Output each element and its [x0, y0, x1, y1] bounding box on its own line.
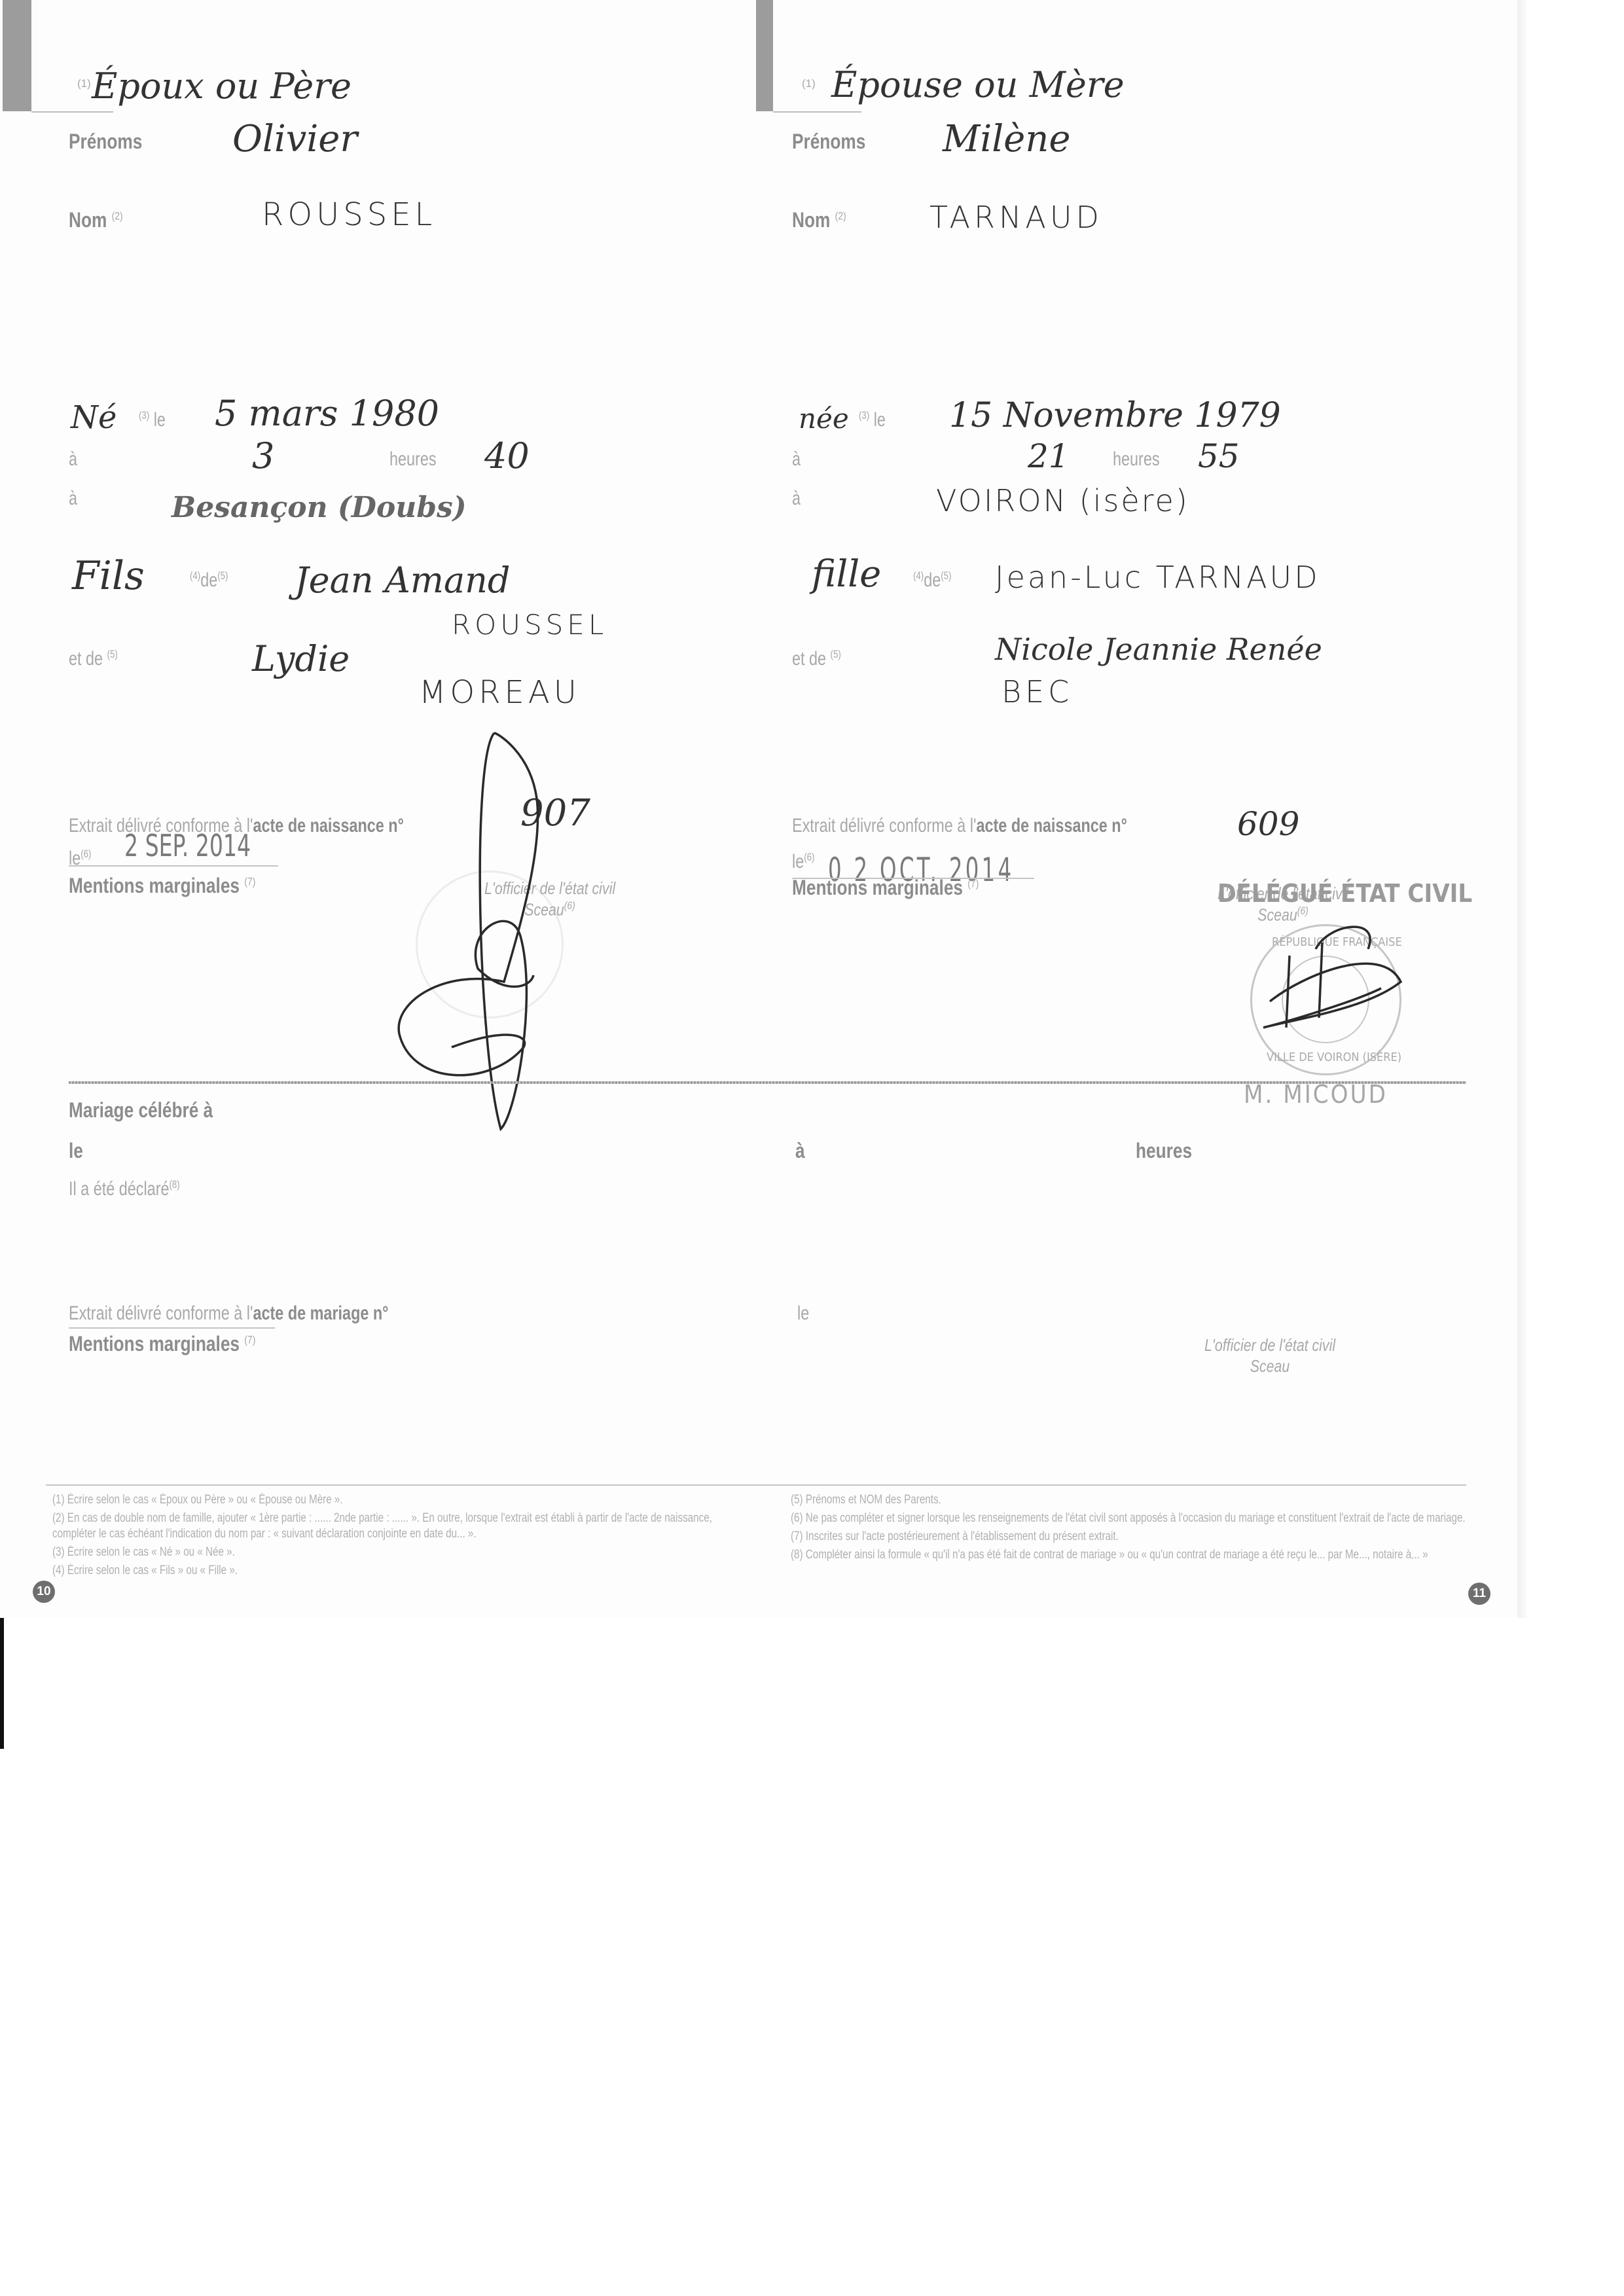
booklet-spread: (1) Époux ou Père Prénoms Olivier Nom (2… [0, 0, 1522, 1618]
right-a-label: à [792, 448, 801, 471]
marriage-declared-label: Il a été déclaré(8) [69, 1178, 180, 1200]
marriage-a-label: à [795, 1139, 805, 1163]
footnotes-right: (5) Prénoms et NOM des Parents. (6) Ne p… [791, 1492, 1624, 1563]
marriage-sceau-label: Sceau [1189, 1356, 1350, 1376]
right-header-note: (1) [802, 77, 816, 90]
footnote-6: (6) Ne pas compléter et signer lorsque l… [791, 1511, 1471, 1526]
right-prenoms-label: Prénoms [792, 130, 865, 154]
marriage-heures-label: heures [1136, 1139, 1192, 1163]
left-a2-label: à [69, 488, 77, 510]
left-de-label: (4)de(5) [190, 569, 228, 592]
right-header-role: Épouse ou Mère [831, 64, 1125, 105]
right-le-label: (3) le [859, 409, 886, 431]
right-et-de-label: et de (5) [792, 648, 841, 670]
left-heures-label: heures [389, 448, 437, 471]
left-birth-place[interactable]: Besançon (Doubs) [171, 491, 467, 524]
footnote-4: (4) Écrire selon le cas « Fils » ou « Fi… [52, 1563, 733, 1579]
right-nom-value[interactable]: TARNAUD [929, 200, 1103, 235]
marriage-le2-label: le [797, 1302, 809, 1325]
right-header-rule [773, 111, 861, 113]
left-le2-rule [69, 865, 278, 867]
footnote-1: (1) Écrire selon le cas « Époux ou Père … [52, 1492, 733, 1508]
footnotes-left: (1) Écrire selon le cas « Époux ou Père … [52, 1492, 903, 1579]
left-mother-surname[interactable]: MOREAU [419, 674, 581, 711]
marriage-mentions-label: Mentions marginales (7) [69, 1332, 255, 1356]
right-mentions-label: Mentions marginales (7) [792, 876, 979, 900]
left-fils-hand[interactable]: Fils [72, 553, 145, 599]
footnote-7: (7) Inscrites sur l'acte postérieurement… [791, 1529, 1471, 1545]
right-ne-hand[interactable]: née [799, 403, 849, 435]
left-le-label: (3) le [139, 409, 166, 431]
right-page-tab [756, 0, 773, 111]
footnote-3: (3) Écrire selon le cas « Né » ou « Née … [52, 1545, 733, 1560]
marriage-extrait-line: Extrait délivré conforme à l'acte de mar… [69, 1302, 389, 1325]
footnote-8: (8) Compléter ainsi la formule « qu'il n… [791, 1547, 1471, 1563]
page-edge [1517, 0, 1526, 1618]
right-heures-label: heures [1113, 448, 1160, 471]
marriage-le-label: le [69, 1139, 83, 1163]
left-header-role: Époux ou Père [92, 65, 352, 107]
left-nom-label: Nom (2) [69, 208, 123, 232]
right-prenoms-value[interactable]: Milène [943, 118, 1071, 160]
right-mother-firstname[interactable]: Nicole Jeannie Renée [995, 632, 1322, 667]
right-le2-label: le(6) [792, 851, 814, 873]
left-et-de-label: et de (5) [69, 648, 118, 670]
left-signature [367, 720, 589, 1139]
left-father-name[interactable]: Jean Amand [295, 560, 510, 601]
footnote-5: (5) Prénoms et NOM des Parents. [791, 1492, 1471, 1508]
left-birth-hour[interactable]: 3 [252, 435, 274, 476]
left-prenoms-label: Prénoms [69, 130, 142, 154]
marriage-divider [69, 1081, 1466, 1084]
right-acte-number[interactable]: 609 [1237, 805, 1299, 843]
left-page-tab [3, 0, 31, 111]
right-mother-surname[interactable]: BEC [1001, 674, 1073, 709]
right-nom-label: Nom (2) [792, 208, 846, 232]
right-signature [1250, 903, 1420, 1054]
left-header-rule [31, 111, 113, 113]
page-number-left: 10 [33, 1581, 55, 1603]
footnote-2: (2) En cas de double nom de famille, ajo… [52, 1511, 733, 1542]
left-ne-hand[interactable]: Né [71, 399, 117, 436]
right-signatory-name: M. MICOUD [1244, 1080, 1388, 1109]
right-father-name[interactable]: Jean-Luc TARNAUD [995, 560, 1320, 595]
right-birth-hour[interactable]: 21 [1028, 437, 1070, 475]
left-mother-firstname[interactable]: Lydie [252, 638, 350, 679]
left-delivery-date-stamp: 2 SEP. 2014 [124, 828, 251, 863]
marriage-officer-label: L'officier de l'état civil [1189, 1335, 1350, 1355]
left-birth-date[interactable]: 5 mars 1980 [215, 393, 439, 434]
left-mentions-label: Mentions marginales (7) [69, 874, 255, 898]
right-extrait-line: Extrait délivré conforme à l'acte de nai… [792, 815, 1127, 837]
right-de-label: (4)de(5) [913, 569, 951, 592]
left-prenoms-value[interactable]: Olivier [232, 118, 357, 160]
scan-edge [0, 1618, 4, 1749]
right-fils-hand[interactable]: fille [812, 553, 881, 596]
left-nom-value[interactable]: ROUSSEL [262, 196, 436, 233]
footnote-rule [46, 1484, 1466, 1486]
right-birth-place[interactable]: VOIRON (isère) [936, 483, 1189, 518]
left-header-note: (1) [77, 77, 91, 90]
right-birth-minutes[interactable]: 55 [1198, 437, 1240, 475]
left-a-label: à [69, 448, 77, 471]
right-a2-label: à [792, 488, 801, 510]
left-father-surname[interactable]: ROUSSEL [452, 609, 607, 641]
marriage-title: Mariage célébré à [69, 1098, 213, 1122]
marriage-rule [69, 1327, 275, 1329]
page-number-right: 11 [1468, 1583, 1490, 1605]
left-birth-minutes[interactable]: 40 [484, 435, 530, 476]
right-birth-date[interactable]: 15 Novembre 1979 [949, 396, 1281, 435]
